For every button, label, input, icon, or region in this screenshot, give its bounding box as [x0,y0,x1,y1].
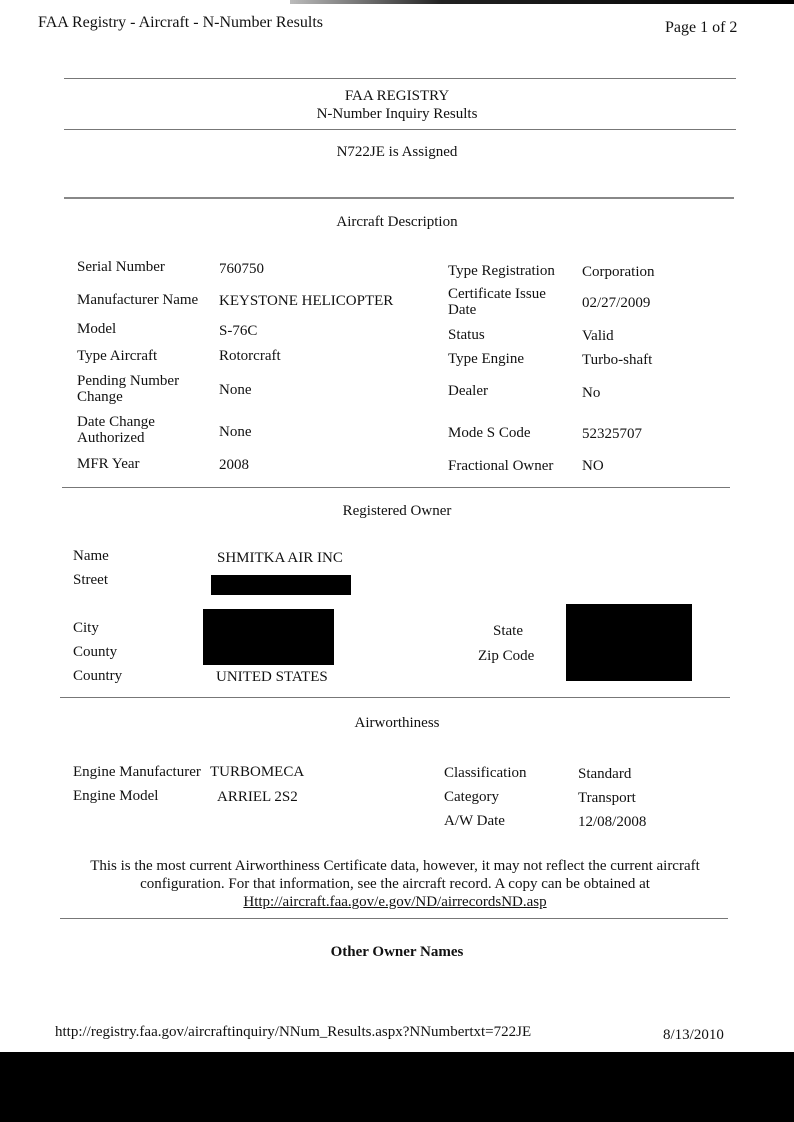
manufacturer-name-label: Manufacturer Name [77,292,198,308]
mode-s-code-value: 52325707 [582,426,642,442]
section-heading-aircraft-description: Aircraft Description [0,214,794,231]
engine-manufacturer-label: Engine Manufacturer [73,764,201,780]
type-registration-value: Corporation [582,264,655,280]
serial-number-label: Serial Number [77,259,165,275]
scan-edge-top [290,0,794,4]
divider [60,697,730,698]
engine-model-value: ARRIEL 2S2 [217,789,298,805]
redacted-street [211,575,351,595]
state-label: State [493,623,523,639]
mfr-year-label: MFR Year [77,456,140,472]
classification-label: Classification [444,765,527,781]
type-engine-label: Type Engine [448,351,524,367]
redacted-city-county [203,609,334,665]
zip-code-label: Zip Code [478,648,534,664]
scan-edge-bottom [0,1052,794,1122]
divider [64,129,736,130]
county-label: County [73,644,117,660]
aw-date-label: A/W Date [444,813,505,829]
category-value: Transport [578,790,636,806]
certificate-issue-date-value: 02/27/2009 [582,295,650,311]
engine-manufacturer-value: TURBOMECA [210,764,304,780]
date-change-authorized-label: Date Change Authorized [77,414,177,446]
type-aircraft-value: Rotorcraft [219,348,281,364]
type-engine-value: Turbo-shaft [582,352,652,368]
section-heading-registered-owner: Registered Owner [0,503,794,520]
airworthiness-note-text: This is the most current Airworthiness C… [90,858,700,892]
aw-date-value: 12/08/2008 [578,814,646,830]
pending-number-change-label: Pending Number Change [77,373,197,405]
date-change-authorized-value: None [219,424,252,440]
type-aircraft-label: Type Aircraft [77,348,157,364]
divider [62,487,730,488]
country-label: Country [73,668,122,684]
category-label: Category [444,789,499,805]
type-registration-label: Type Registration [448,263,555,279]
mfr-year-value: 2008 [219,457,249,473]
manufacturer-name-value: KEYSTONE HELICOPTER [219,293,393,309]
city-label: City [73,620,99,636]
serial-number-value: 760750 [219,261,264,277]
street-label: Street [73,572,108,588]
fractional-owner-label: Fractional Owner [448,458,553,474]
divider [64,197,734,199]
aircraft-records-link[interactable]: Http://aircraft.faa.gov/e.gov/ND/airreco… [243,894,546,910]
pending-number-change-value: None [219,382,252,398]
section-heading-airworthiness: Airworthiness [0,715,794,732]
footer-url: http://registry.faa.gov/aircraftinquiry/… [55,1024,531,1041]
footer-date: 8/13/2010 [663,1027,724,1044]
registry-title: FAA REGISTRY [0,88,794,105]
classification-value: Standard [578,766,631,782]
engine-model-label: Engine Model [73,788,158,804]
redacted-state-zip [566,604,692,681]
status-label: Status [448,327,485,343]
divider [64,78,736,79]
section-heading-other-owner-names: Other Owner Names [0,944,794,961]
registry-subtitle: N-Number Inquiry Results [0,106,794,123]
model-value: S-76C [219,323,257,339]
owner-name-value: SHMITKA AIR INC [217,550,343,566]
dealer-value: No [582,385,600,401]
dealer-label: Dealer [448,383,488,399]
owner-name-label: Name [73,548,109,564]
status-value: Valid [582,328,614,344]
country-value: UNITED STATES [216,669,328,685]
assignment-status: N722JE is Assigned [0,144,794,161]
model-label: Model [77,321,116,337]
certificate-issue-date-label: Certificate Issue Date [448,286,568,318]
mode-s-code-label: Mode S Code [448,425,531,441]
page-number: Page 1 of 2 [665,19,737,37]
print-header-title: FAA Registry - Aircraft - N-Number Resul… [38,14,323,32]
fractional-owner-value: NO [582,458,604,474]
divider [60,918,728,919]
airworthiness-note: This is the most current Airworthiness C… [60,857,730,911]
